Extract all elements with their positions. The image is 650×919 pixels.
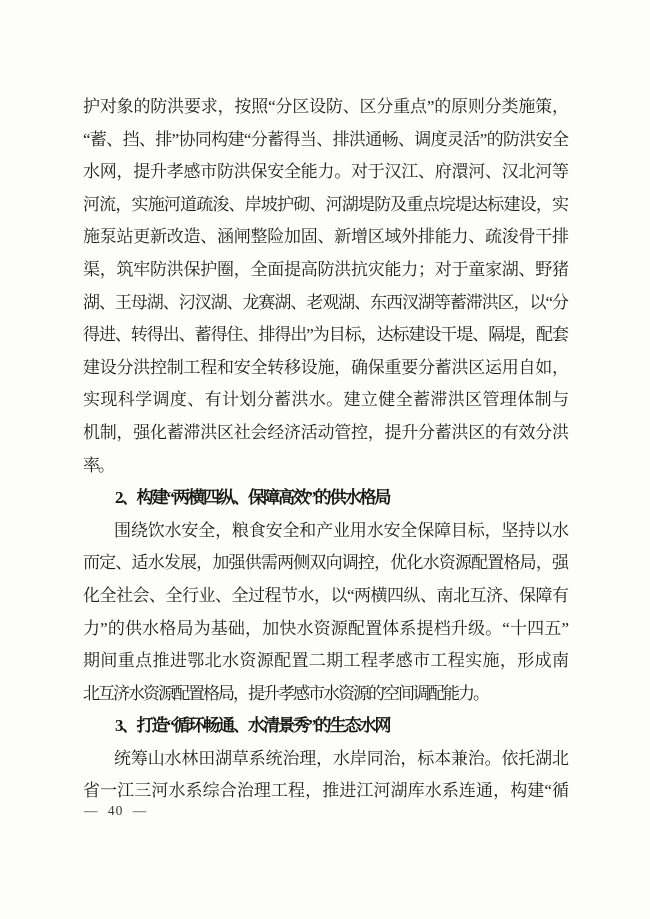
text-line: 水网，提升孝感市防洪保安全能力。对于汉江、府澴河、汉北河等: [83, 156, 567, 189]
text-line: 渠，筑牢防洪保护圈，全面提高防洪抗灾能力；对于童家湖、野猪: [83, 254, 567, 287]
text-line: 而定、适水发展，加强供需两侧双向调控，优化水资源配置格局，强: [83, 547, 567, 580]
text-line: “蓄、挡、排”协同构建“分蓄得当、排洪通畅、调度灵活”的防洪安全: [83, 124, 567, 157]
text-line: 建设分洪控制工程和安全转移设施，确保重要分蓄洪区运用自如，: [83, 352, 567, 385]
document-page: 护对象的防洪要求，按照“分区设防、区分重点”的原则分类施策，“蓄、挡、排”协同构…: [0, 0, 650, 919]
text-line: 机制，强化蓄滞洪区社会经济活动管控，提升分蓄洪区的有效分洪: [83, 417, 567, 450]
text-line: 率。: [83, 450, 567, 483]
text-block: 护对象的防洪要求，按照“分区设防、区分重点”的原则分类施策，“蓄、挡、排”协同构…: [83, 91, 567, 808]
text-line: 施泵站更新改造、涵闸整险加固、新增区域外排能力、疏浚骨干排: [83, 221, 567, 254]
text-line: 围绕饮水安全，粮食安全和产业用水安全保障目标，坚持以水: [83, 515, 567, 548]
text-line: 北互济水资源配置格局，提升孝感市水资源的空间调配能力。: [83, 678, 567, 711]
text-line: 护对象的防洪要求，按照“分区设防、区分重点”的原则分类施策，: [83, 91, 567, 124]
page-number: — 40 —: [84, 803, 147, 818]
page-number-footer: — 40 —: [84, 803, 147, 819]
heading-line: 2、构建“两横四纵、保障高效”的供水格局: [83, 482, 567, 515]
text-line: 期间重点推进鄂北水资源配置二期工程孝感市工程实施，形成南: [83, 645, 567, 678]
text-line: 统筹山水林田湖草系统治理，水岸同治，标本兼治。依托湖北: [83, 743, 567, 776]
text-line: 省一江三河水系综合治理工程，推进江河湖库水系连通，构建“循: [83, 775, 567, 808]
text-line: 化全社会、全行业、全过程节水，以“两横四纵、南北互济、保障有: [83, 580, 567, 613]
text-line: 河流，实施河道疏浚、岸坡护砌、河湖堤防及重点垸堤达标建设，实: [83, 189, 567, 222]
text-line: 得进、转得出、蓄得住、排得出”为目标，达标建设干堤、隔堤，配套: [83, 319, 567, 352]
heading-line: 3、打造“循环畅通、水清景秀”的生态水网: [83, 710, 567, 743]
text-line: 实现科学调度、有计划分蓄洪水。建立健全蓄滞洪区管理体制与: [83, 384, 567, 417]
text-line: 力”的供水格局为基础，加快水资源配置体系提档升级。“十四五”: [83, 613, 567, 646]
text-line: 湖、王母湖、汈汊湖、龙赛湖、老观湖、东西汊湖等蓄滞洪区，以“分: [83, 287, 567, 320]
